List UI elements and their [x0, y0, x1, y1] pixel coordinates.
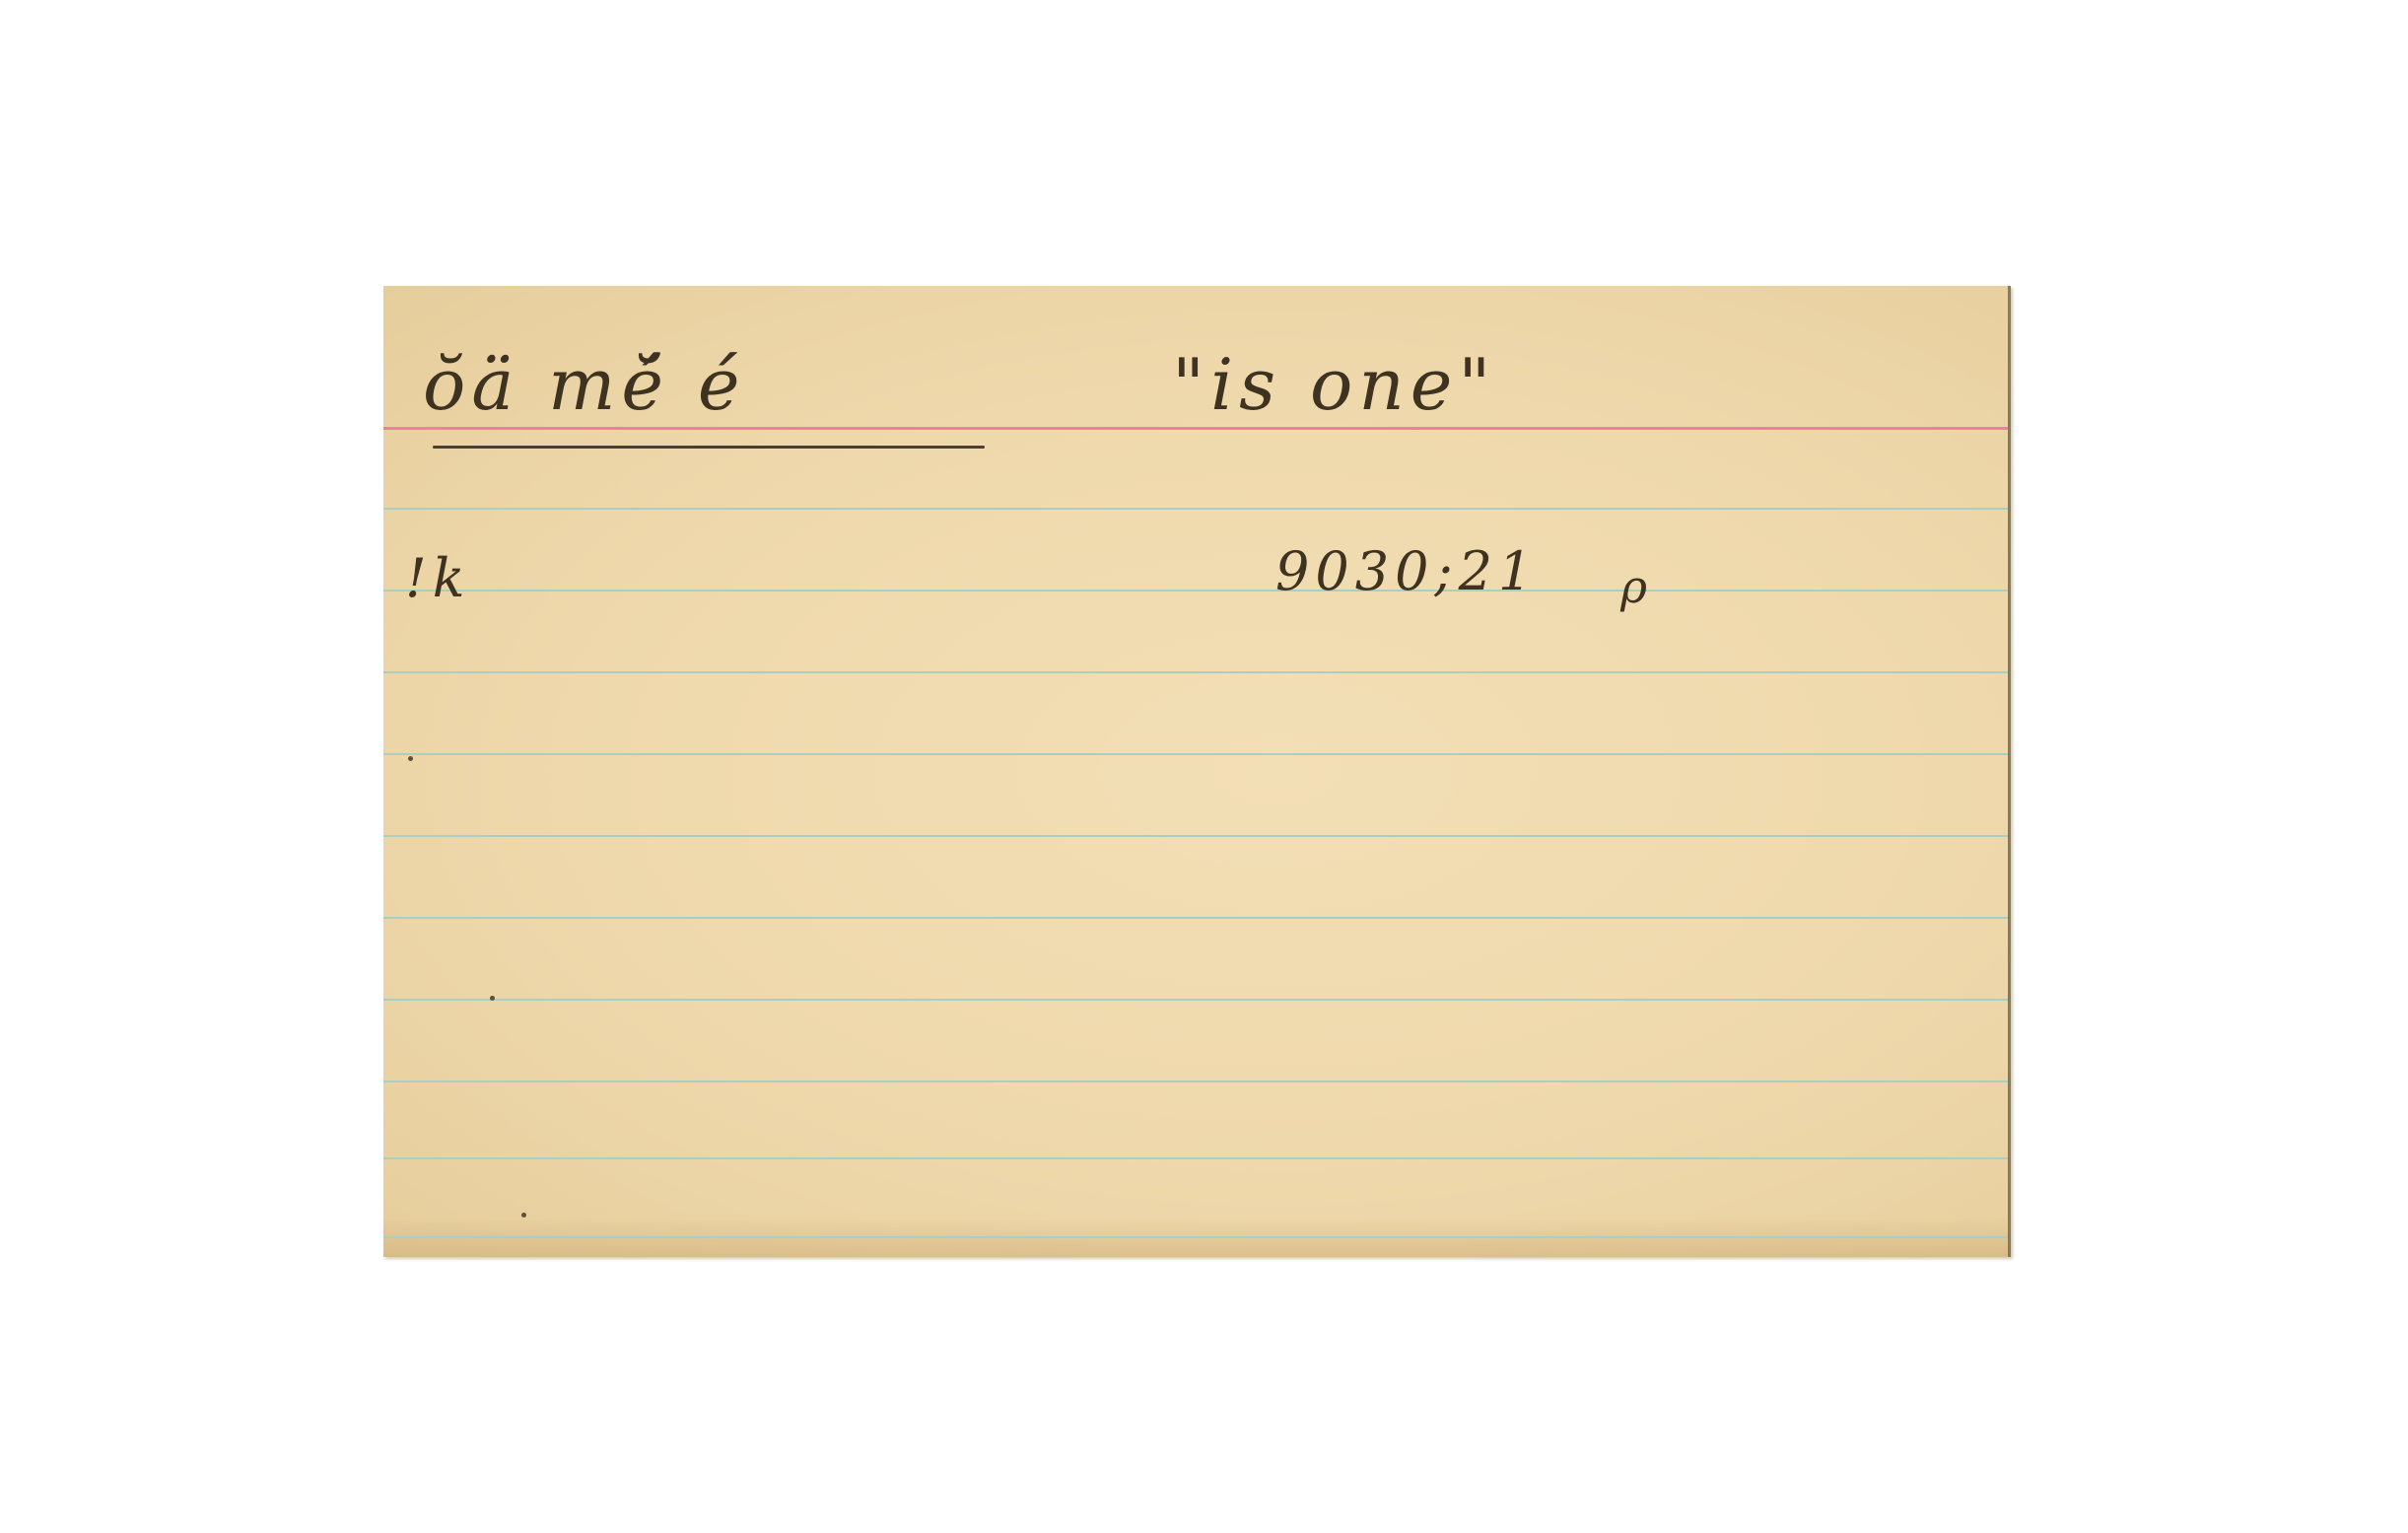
ruled-line	[383, 590, 2008, 592]
ink-speck	[490, 996, 495, 1001]
ink-speck	[521, 1213, 526, 1218]
ruled-line	[383, 999, 2008, 1001]
headword-underline	[433, 446, 985, 449]
reference-number: 9030;21	[1275, 540, 1538, 602]
ink-speck	[408, 756, 413, 761]
ruled-line	[383, 1080, 2008, 1082]
ruled-line	[383, 835, 2008, 837]
ruled-line	[383, 917, 2008, 919]
ruled-line	[383, 1157, 2008, 1159]
header-rule-red	[383, 427, 2008, 430]
ruled-line	[383, 753, 2008, 755]
ruled-line	[383, 1236, 2008, 1238]
source-code: !k	[405, 547, 470, 609]
reference-marker: ρ	[1620, 560, 1653, 613]
index-card: ŏä mĕ́ é́ "is one" !k 9030;21 ρ	[383, 286, 2011, 1257]
headword: ŏä mĕ́ é́	[423, 343, 746, 426]
ruled-line	[383, 671, 2008, 673]
ruled-line	[383, 508, 2008, 510]
gloss: "is one"	[1172, 343, 1496, 426]
